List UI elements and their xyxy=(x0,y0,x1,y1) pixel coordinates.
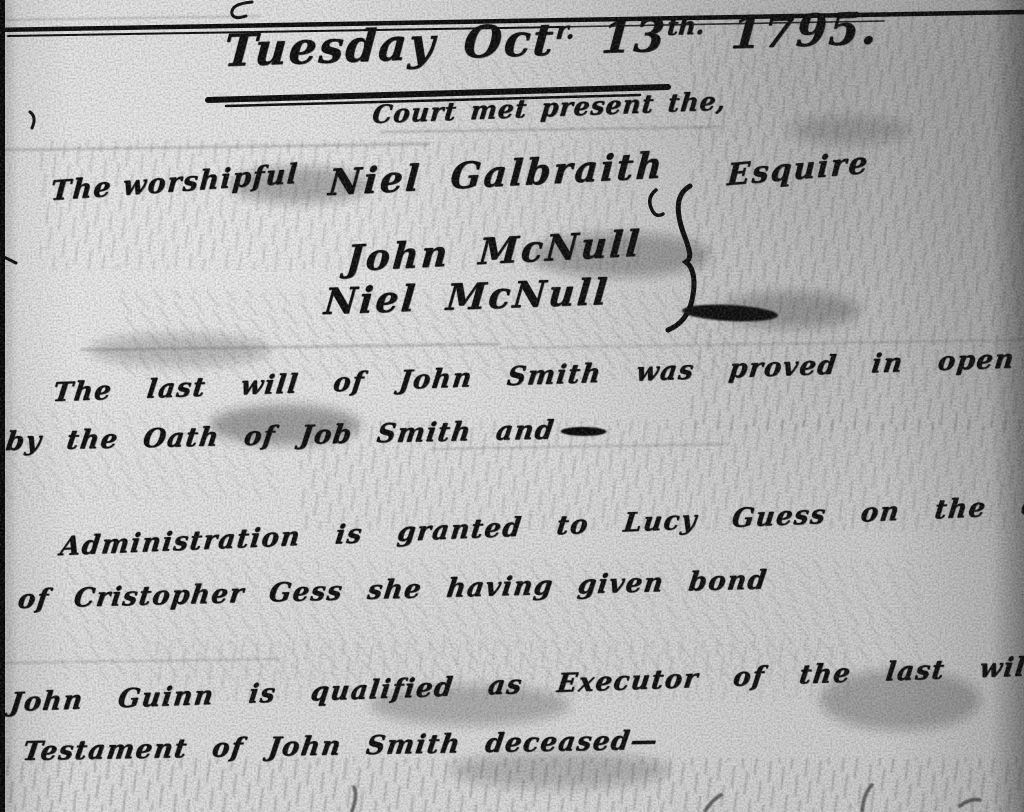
ink-smear xyxy=(560,426,607,436)
entry-1-line-2-text: by the Oath of Job Smith and xyxy=(4,416,557,458)
entry-2-line-1: Administration is granted to Lucy Guess … xyxy=(59,488,1024,563)
page-right-edge-shadow xyxy=(990,0,1024,812)
date-year: 1795. xyxy=(702,3,881,60)
date-month: Oct xyxy=(462,14,557,68)
entry-2-line-2: of Cristopher Gess she having given bond xyxy=(16,565,769,615)
page-gutter-edge xyxy=(0,0,5,812)
entry-1-line-2: by the Oath of Job Smith and xyxy=(4,414,609,457)
date-day: 13 xyxy=(572,11,668,65)
present-name-1: Niel Galbraith xyxy=(327,144,666,204)
present-name-3: Niel McNull xyxy=(322,271,611,323)
entry-3-line-2: Testament of John Smith deceased— xyxy=(21,726,661,767)
manuscript-page: Tuesday Octr. 13th. 1795. Court met pres… xyxy=(0,0,1024,812)
present-prefix: The worshipful xyxy=(50,159,300,208)
date-day-word: Tuesday xyxy=(222,18,465,78)
date-heading: Tuesday Octr. 13th. 1795. xyxy=(222,3,880,77)
present-suffix: Esquire xyxy=(726,146,870,194)
subheading: Court met present the, xyxy=(371,86,728,129)
entry-3-line-1: John Guinn is qualified as Executor of t… xyxy=(8,650,1024,718)
entry-1-line-1: The last will of John Smith was proved i… xyxy=(51,340,1024,408)
date-month-sup: r. xyxy=(555,15,576,45)
ink-blot xyxy=(682,302,779,323)
next-line-partial-strokes xyxy=(352,785,980,811)
date-day-sup: th. xyxy=(666,11,705,41)
stray-pen-marks xyxy=(2,2,252,263)
brace-mark xyxy=(650,186,694,330)
